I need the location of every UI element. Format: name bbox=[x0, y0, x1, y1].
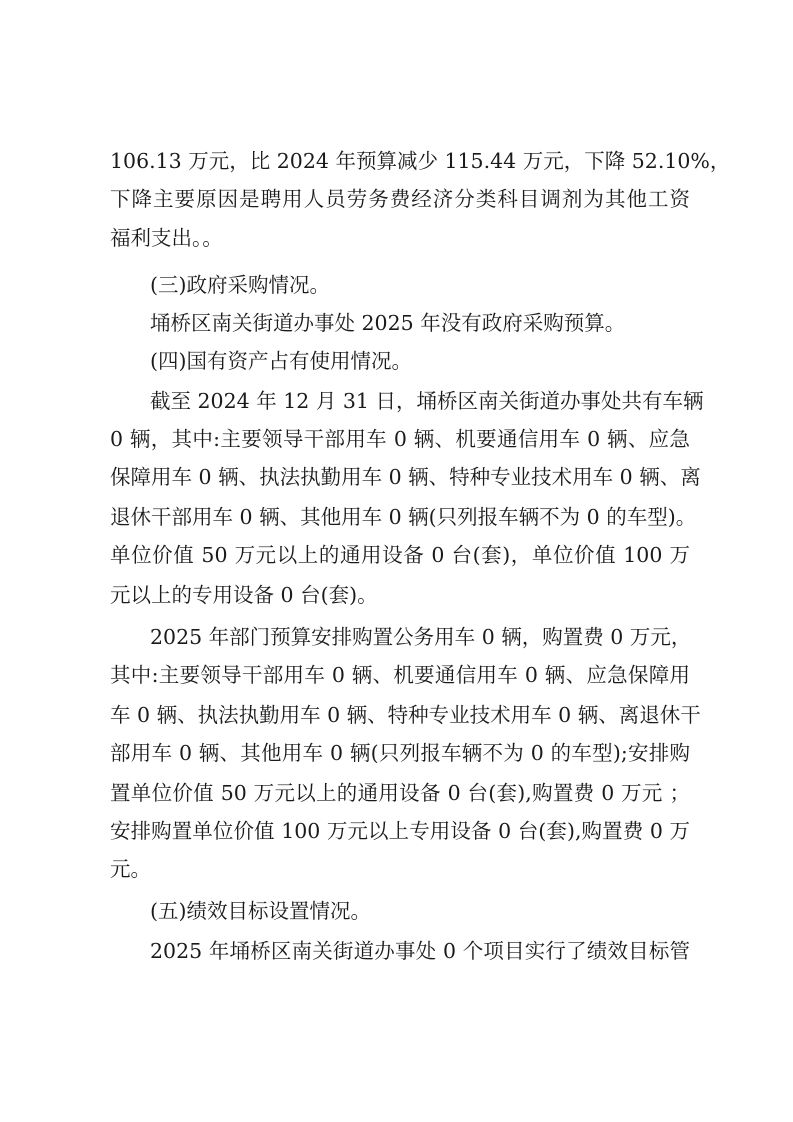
body-text-line: 其中:主要领导干部用车 0 辆、机要通信用车 0 辆、应急保障用 bbox=[110, 662, 690, 688]
body-text-line: 部用车 0 辆、其他用车 0 辆(只列报车辆不为 0 的车型);安排购 bbox=[110, 740, 690, 766]
body-text-line: 2025 年部门预算安排购置公务用车 0 辆，购置费 0 万元， bbox=[150, 624, 690, 650]
body-text-line: 埇桥区南关街道办事处 2025 年没有政府采购预算。 bbox=[150, 310, 690, 336]
body-text-line: 元以上的专用设备 0 台(套)。 bbox=[110, 582, 690, 608]
body-text-line: 保障用车 0 辆、执法执勤用车 0 辆、特种专业技术用车 0 辆、离 bbox=[110, 464, 690, 490]
body-text-line: 元。 bbox=[110, 856, 690, 882]
body-text-line: 下降主要原因是聘用人员劳务费经济分类科目调剂为其他工资 bbox=[110, 186, 690, 212]
section-heading-state-assets: (四)国有资产占有使用情况。 bbox=[150, 348, 690, 374]
section-heading-performance-targets: (五)绩效目标设置情况。 bbox=[150, 898, 690, 924]
body-text-line: 截至 2024 年 12 月 31 日，埇桥区南关街道办事处共有车辆 bbox=[150, 388, 690, 414]
body-text-line: 单位价值 50 万元以上的通用设备 0 台(套)，单位价值 100 万 bbox=[110, 542, 690, 568]
body-text-line: 106.13 万元，比 2024 年预算减少 115.44 万元，下降 52.1… bbox=[110, 148, 690, 174]
body-text-line: 安排购置单位价值 100 万元以上专用设备 0 台(套),购置费 0 万 bbox=[110, 818, 690, 844]
body-text-line: 0 辆，其中:主要领导干部用车 0 辆、机要通信用车 0 辆、应急 bbox=[110, 426, 690, 452]
body-text-line: 2025 年埇桥区南关街道办事处 0 个项目实行了绩效目标管 bbox=[150, 938, 690, 964]
body-text-line: 退休干部用车 0 辆、其他用车 0 辆(只列报车辆不为 0 的车型)。 bbox=[110, 504, 690, 530]
section-heading-government-procurement: (三)政府采购情况。 bbox=[150, 272, 690, 298]
body-text-line: 车 0 辆、执法执勤用车 0 辆、特种专业技术用车 0 辆、离退休干 bbox=[110, 702, 690, 728]
body-text-line: 福利支出。。 bbox=[110, 225, 690, 251]
body-text-line: 置单位价值 50 万元以上的通用设备 0 台(套),购置费 0 万元 ； bbox=[110, 780, 690, 806]
document-page: 106.13 万元，比 2024 年预算减少 115.44 万元，下降 52.1… bbox=[0, 0, 793, 1122]
